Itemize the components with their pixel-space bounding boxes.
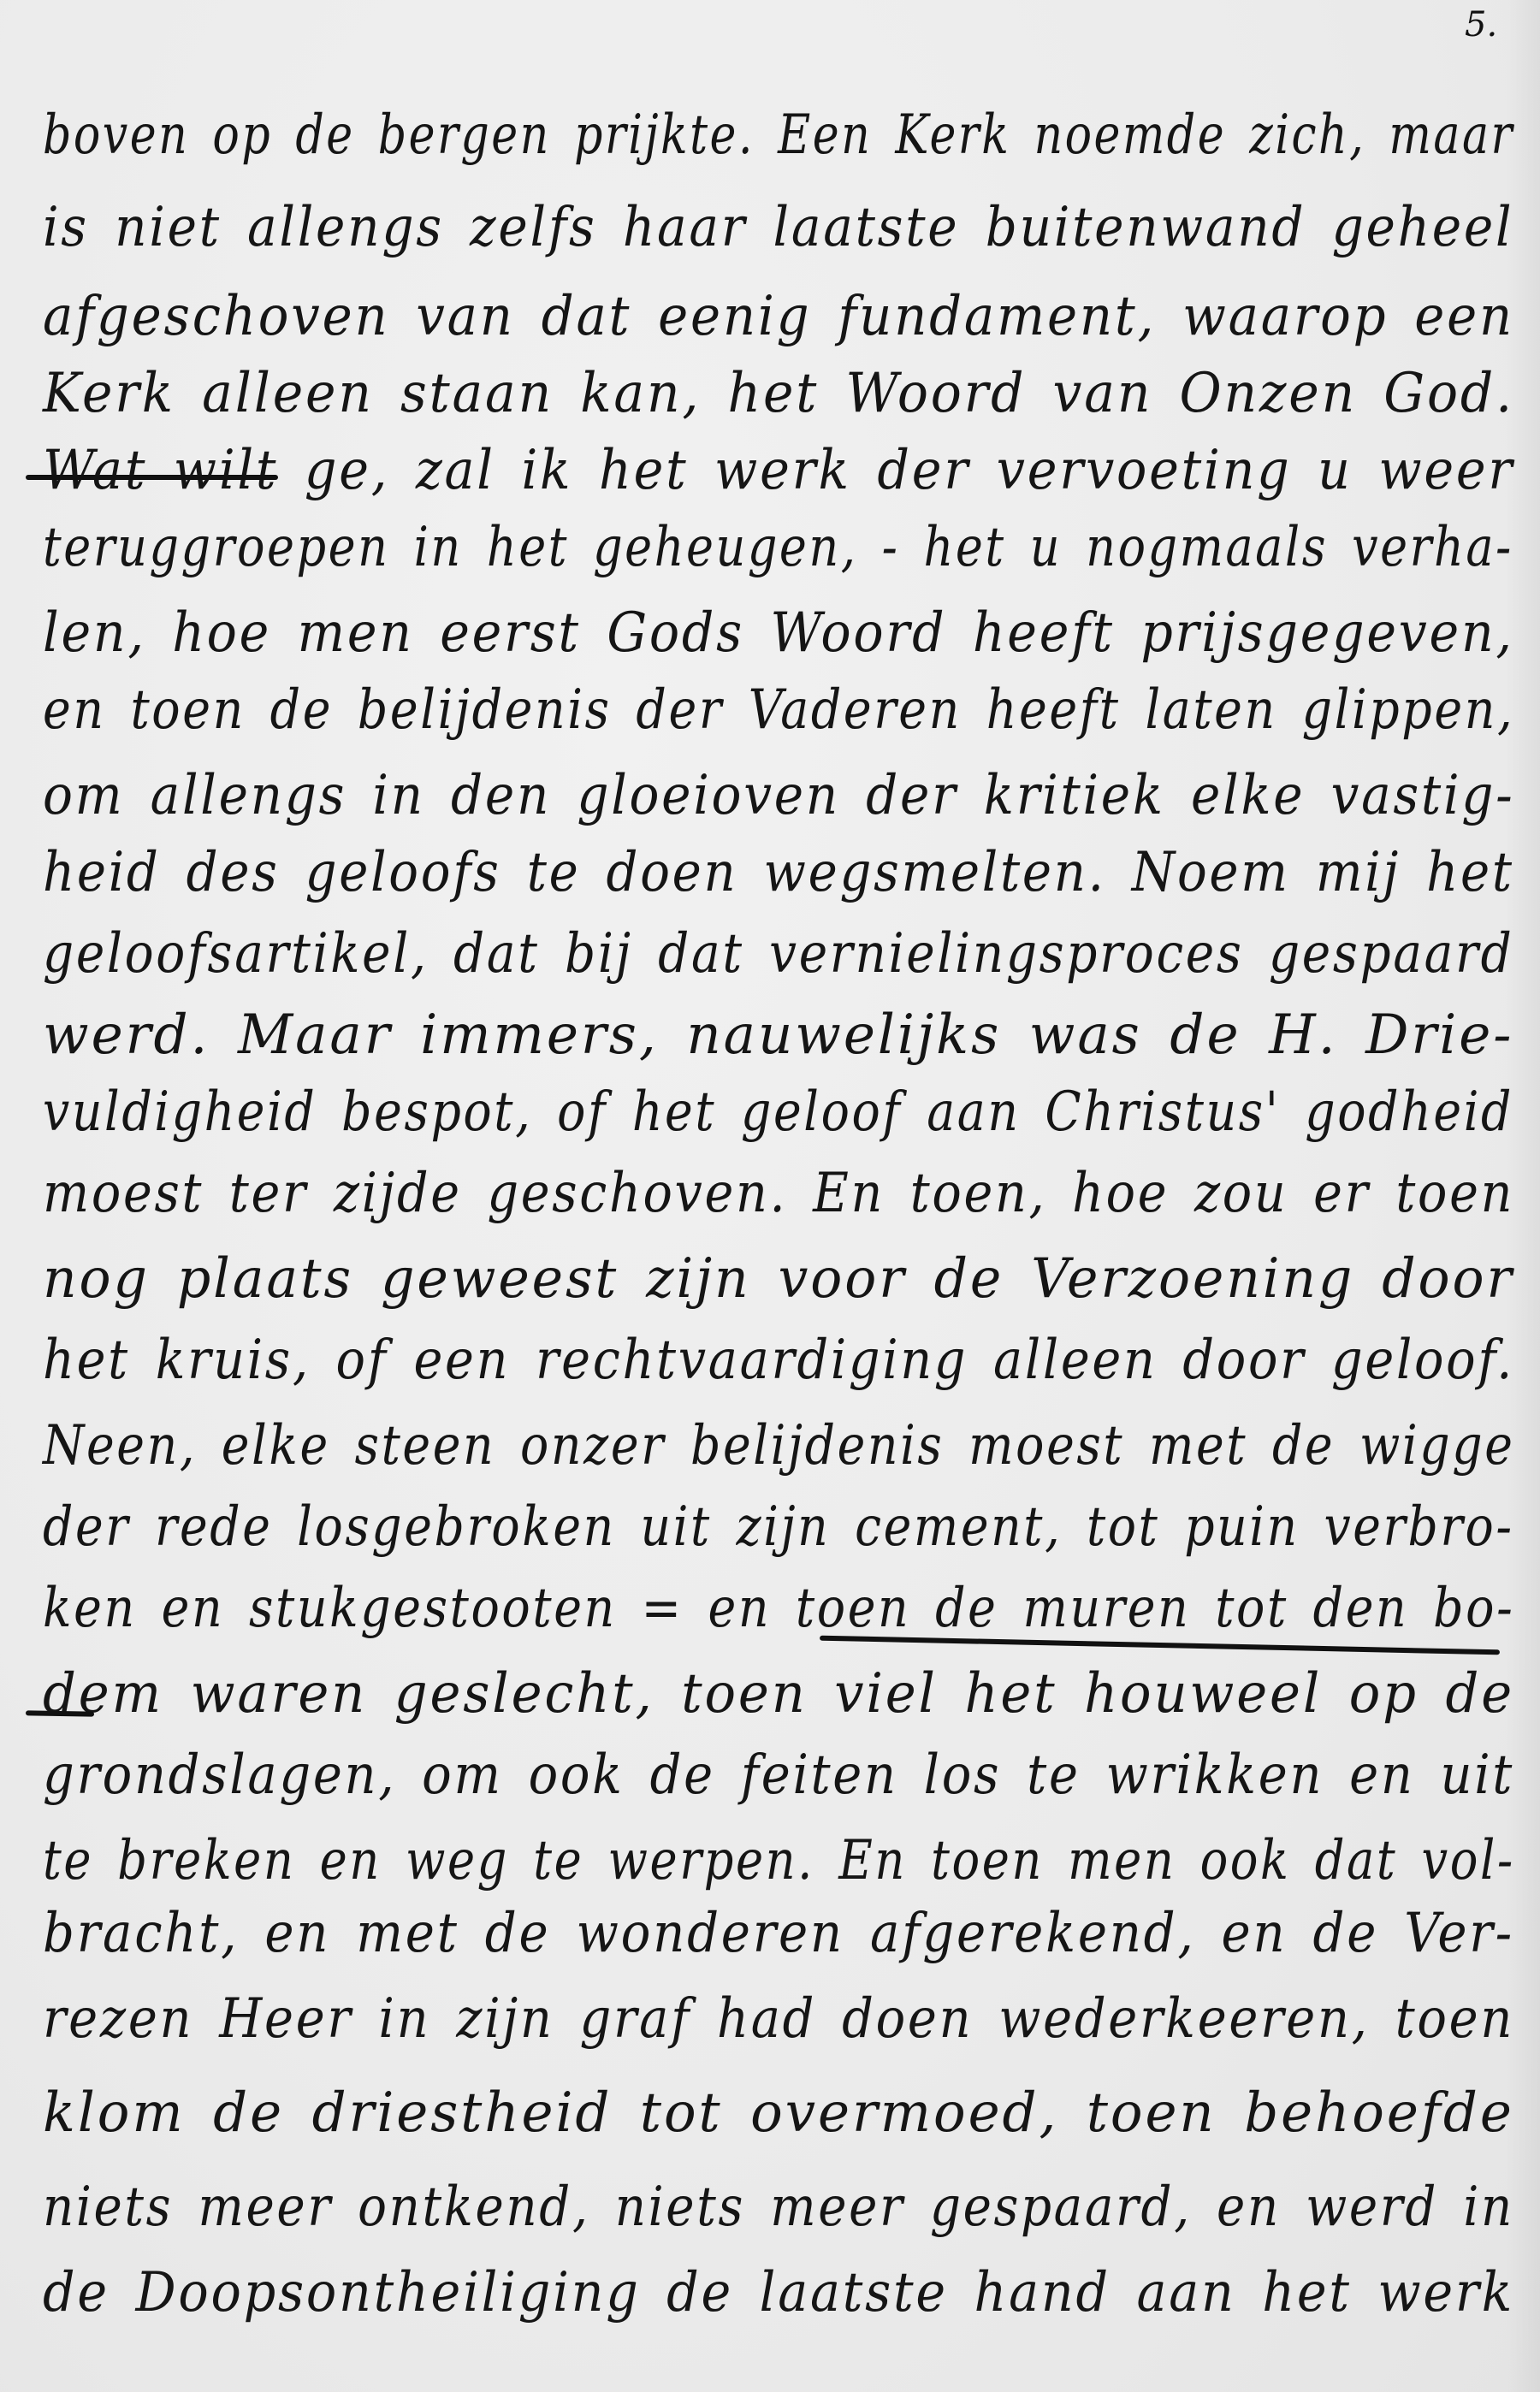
underline-stroke [26,1710,94,1716]
manuscript-line: Wat wilt ge, zal ik het werk der vervoet… [43,436,1394,505]
manuscript-line: het kruis, of een rechtvaardiging alleen… [43,1326,1359,1394]
manuscript-line: afgeschoven van dat eenig fundament, waa… [43,282,1407,351]
manuscript-line: rezen Heer in zijn graf had doen wederke… [43,1985,1365,2053]
manuscript-line: vuldigheid bespot, of het geloof aan Chr… [43,1078,1314,1146]
manuscript-line: len, hoe men eerst Gods Woord heeft prij… [43,599,1389,667]
manuscript-line: moest ter zijde geschoven. En toen, hoe … [43,1159,1357,1228]
manuscript-line: geloofsartikel, dat bij dat vernielingsp… [43,920,1342,988]
manuscript-page: 5. boven op de bergen prijkte. Een Kerk … [0,0,1540,2392]
manuscript-line: der rede losgebroken uit zijn cement, to… [43,1493,1312,1561]
underline-stroke [26,475,278,480]
manuscript-line: dem waren geslecht, toen viel het houwee… [43,1660,1439,1728]
manuscript-line: ken en stukgestooten = en toen de muren … [43,1574,1316,1643]
manuscript-line: werd. Maar immers, nauwelijks was de H. … [43,1001,1484,1069]
manuscript-line: om allengs in den gloeioven der kritiek … [43,761,1377,830]
manuscript-line: en toen de belijdenis der Vaderen heeft … [43,676,1316,744]
manuscript-line: niets meer ontkend, niets meer gespaard,… [43,2173,1336,2241]
manuscript-line: grondslagen, om ook de feiten los te wri… [43,1741,1365,1809]
page-number: 5. [1465,5,1497,44]
manuscript-line: klom de driestheid tot overmoed, toen be… [43,2079,1480,2147]
manuscript-line: heid des geloofs te doen wegsmelten. Noe… [43,838,1370,907]
manuscript-line: is niet allengs zelfs haar laatste buite… [43,193,1379,262]
manuscript-line: teruggroepen in het geheugen, - het u no… [43,513,1285,582]
manuscript-line: Kerk alleen staan kan, het Woord van Onz… [43,359,1422,428]
manuscript-line: nog plaats geweest zijn voor de Verzoeni… [43,1245,1459,1313]
manuscript-line: Neen, elke steen onzer belijdenis moest … [43,1412,1314,1480]
manuscript-line: de Doopsontheiliging de laatste hand aan… [43,2259,1394,2327]
manuscript-line: boven op de bergen prijkte. Een Kerk noe… [43,101,1244,169]
manuscript-line: te breken en weg te werpen. En toen men … [43,1827,1291,1895]
manuscript-line: bracht, en met de wonderen afgerekend, e… [43,1899,1371,1968]
